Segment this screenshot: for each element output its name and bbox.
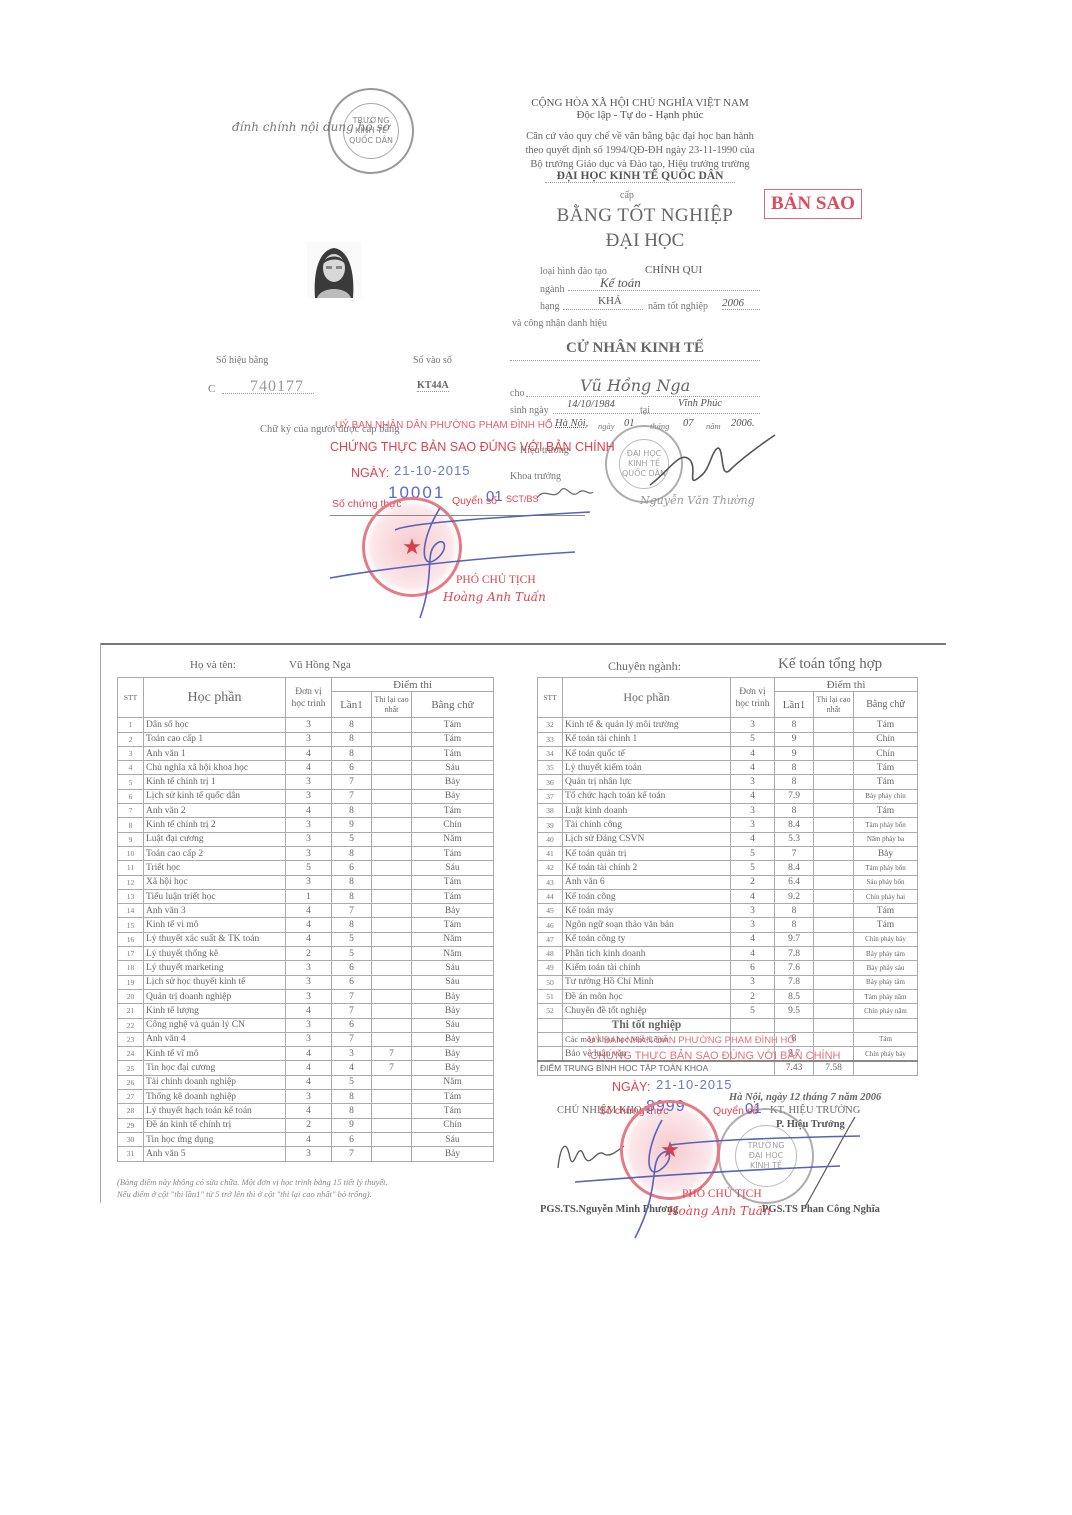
- table-row: 46Ngôn ngữ soạn thảo văn bản38Tám: [538, 918, 918, 932]
- row-first-score: 8: [332, 846, 372, 860]
- row-stt: 15: [118, 918, 144, 932]
- row-stt: 31: [118, 1147, 144, 1161]
- row-score-words: Bảy: [412, 904, 494, 918]
- row-stt: 36: [538, 775, 563, 789]
- row-credits: 4: [731, 889, 775, 903]
- row-stt: 20: [118, 989, 144, 1003]
- row-retake-score: [372, 975, 412, 989]
- dob-label: sinh ngày: [510, 405, 549, 416]
- row-subject: Chủ nghĩa xã hội khoa học: [144, 761, 286, 775]
- row-first-score: 5: [332, 947, 372, 961]
- table-row: 1Dân số học38Tám: [118, 718, 494, 732]
- row-score-words: Tám: [412, 875, 494, 889]
- row-retake-score: [372, 789, 412, 803]
- row-credits: 3: [286, 1147, 332, 1161]
- cert-statement: CHỨNG THỰC BẢN SAO ĐÚNG VỚI BẢN CHÍNH: [330, 440, 615, 454]
- row-subject: Anh văn 3: [144, 904, 286, 918]
- basis-line: theo quyết định số 1994/QĐ-ĐH ngày 23-11…: [510, 144, 770, 158]
- page-left-edge: [100, 643, 101, 1203]
- row-retake-score: [372, 1090, 412, 1104]
- row-retake-score: [372, 918, 412, 932]
- row-credits: 3: [731, 975, 775, 989]
- row-stt: 34: [538, 746, 563, 760]
- row-score-words: Tám: [412, 889, 494, 903]
- row-first-score: 9: [332, 1118, 372, 1132]
- row-stt: 46: [538, 918, 563, 932]
- row-retake-score: [814, 761, 854, 775]
- registry-label: Số vào sổ: [413, 355, 452, 366]
- row-credits: 3: [286, 989, 332, 1003]
- row-credits: 3: [286, 832, 332, 846]
- col-subject: Học phần: [563, 678, 731, 718]
- row-stt: 9: [118, 832, 144, 846]
- row-subject: Kinh tế vi mô: [144, 918, 286, 932]
- row-stt: 38: [538, 804, 563, 818]
- row-credits: 4: [286, 1104, 332, 1118]
- row-credits: 3: [286, 975, 332, 989]
- row-credits: 3: [731, 904, 775, 918]
- col-stt: STT: [538, 678, 563, 718]
- row-retake-score: [372, 889, 412, 903]
- col-first: Lần1: [775, 692, 814, 718]
- row-credits: 3: [286, 775, 332, 789]
- university-name: ĐẠI HỌC KINH TẾ QUỐC DÂN: [545, 170, 735, 183]
- row-score-words: Bảy phảy tám: [854, 947, 918, 961]
- row-stt: 32: [538, 718, 563, 732]
- row-subject: Anh văn 1: [144, 746, 286, 760]
- cert-signer-name: Hoàng Anh Tuấn: [443, 590, 546, 604]
- rank-label: hạng: [540, 301, 559, 312]
- gpa-label: ĐIỂM TRUNG BÌNH HỌC TẬP TOÀN KHOA: [538, 1061, 775, 1075]
- row-stt: 14: [118, 904, 144, 918]
- row-subject: Kế toán quốc tế: [563, 746, 731, 760]
- row-stt: 2: [118, 732, 144, 746]
- graduation-exam-heading: Thi tốt nghiệp: [563, 1018, 731, 1032]
- table-row: 2Toán cao cấp 138Tám: [118, 732, 494, 746]
- row-first-score: 8: [332, 918, 372, 932]
- row-subject: Toán cao cấp 1: [144, 732, 286, 746]
- row-credits: 3: [286, 1032, 332, 1046]
- row-score-words: Tám: [854, 761, 918, 775]
- row-credits: 2: [286, 947, 332, 961]
- row-subject: Tư tưởng Hồ Chí Minh: [563, 975, 731, 989]
- col-scores: Điểm thi: [332, 678, 494, 692]
- row-subject: Quản trị doanh nghiệp: [144, 989, 286, 1003]
- table-row: 10Toán cao cấp 238Tám: [118, 846, 494, 860]
- row-credits: 4: [731, 789, 775, 803]
- row-stt: 52: [538, 1004, 563, 1018]
- row-retake-score: [372, 904, 412, 918]
- rank-value: KHÁ: [598, 295, 622, 307]
- table-row: 34Kế toán quốc tế49Chín: [538, 746, 918, 760]
- row-credits: 3: [286, 875, 332, 889]
- row-retake-score: [814, 789, 854, 803]
- row-retake-score: [372, 718, 412, 732]
- birthplace-value: Vĩnh Phúc: [678, 398, 722, 409]
- row-score-words: Sáu: [412, 761, 494, 775]
- table-row: 30Tin học ứng dụng46Sáu: [118, 1132, 494, 1146]
- row-retake-score: [372, 875, 412, 889]
- row-credits: 3: [286, 789, 332, 803]
- row-stt: 47: [538, 932, 563, 946]
- row-score-words: Bảy phảy chín: [854, 789, 918, 803]
- row-stt: 25: [118, 1061, 144, 1075]
- row-score-words: Sáu: [412, 1132, 494, 1146]
- cert-date: 21-10-2015: [656, 1077, 733, 1092]
- row-first-score: 7: [332, 989, 372, 1003]
- row-score-words: Năm: [412, 947, 494, 961]
- gpa-first: 7.43: [775, 1061, 814, 1075]
- table-row: 20Quản trị doanh nghiệp37Bảy: [118, 989, 494, 1003]
- row-credits: 2: [286, 1118, 332, 1132]
- row-credits: 4: [286, 761, 332, 775]
- diploma-subtitle: ĐẠI HỌC: [545, 230, 745, 252]
- row-retake-score: [814, 947, 854, 961]
- table-row: 23Anh văn 437Bảy: [118, 1032, 494, 1046]
- dean-label: Khoa trưởng: [510, 471, 561, 482]
- row-first-score: 7.9: [775, 789, 814, 803]
- row-first-score: 8: [332, 889, 372, 903]
- row-retake-score: [372, 846, 412, 860]
- row-subject: Lịch sử kinh tế quốc dân: [144, 789, 286, 803]
- row-retake-score: [814, 718, 854, 732]
- row-score-words: Tám: [854, 904, 918, 918]
- row-subject: Kế toán quản trị: [563, 846, 731, 860]
- row-first-score: 7: [332, 1032, 372, 1046]
- exam-words: Tám: [854, 1032, 918, 1046]
- row-subject: Lịch sử học thuyết kinh tế: [144, 975, 286, 989]
- name-label: Họ và tên:: [190, 659, 236, 671]
- row-subject: Tài chính công: [563, 818, 731, 832]
- row-credits: 1: [286, 889, 332, 903]
- row-subject: Quản trị nhân lực: [563, 775, 731, 789]
- row-subject: Tài chính doanh nghiệp: [144, 1075, 286, 1089]
- row-score-words: Tám: [854, 804, 918, 818]
- table-row: 42Kế toán tài chính 258.4Tám phảy bốn: [538, 861, 918, 875]
- row-score-words: Năm: [412, 932, 494, 946]
- row-subject: Lý thuyết marketing: [144, 961, 286, 975]
- row-stt: 39: [538, 818, 563, 832]
- stamp-line: QUỐC DÂN: [349, 136, 393, 146]
- row-stt: 40: [538, 832, 563, 846]
- row-credits: 3: [286, 818, 332, 832]
- row-first-score: 8: [332, 1104, 372, 1118]
- table-row: 3Anh văn 148Tám: [118, 746, 494, 760]
- serial-value: 740177: [250, 378, 304, 396]
- row-retake-score: [814, 918, 854, 932]
- row-subject: Ngôn ngữ soạn thảo văn bản: [563, 918, 731, 932]
- row-first-score: 7.8: [775, 975, 814, 989]
- row-first-score: 5: [332, 932, 372, 946]
- row-subject: Tin học đại cương: [144, 1061, 286, 1075]
- row-first-score: 6: [332, 961, 372, 975]
- row-credits: 3: [286, 846, 332, 860]
- row-score-words: Tám phảy bốn: [854, 861, 918, 875]
- row-first-score: 8: [332, 732, 372, 746]
- copy-badge: BẢN SAO: [764, 189, 862, 219]
- row-score-words: Bảy: [854, 846, 918, 860]
- row-subject: Xã hội học: [144, 875, 286, 889]
- row-score-words: Bảy: [412, 775, 494, 789]
- row-subject: Luật kinh doanh: [563, 804, 731, 818]
- row-credits: 4: [286, 904, 332, 918]
- row-score-words: Chín: [412, 818, 494, 832]
- row-subject: Triết học: [144, 861, 286, 875]
- cert-date: 21-10-2015: [394, 463, 471, 478]
- col-words: Bằng chữ: [412, 692, 494, 718]
- table-row: 25Tin học đại cương447Bảy: [118, 1061, 494, 1075]
- row-stt: 12: [118, 875, 144, 889]
- row-retake-score: [372, 804, 412, 818]
- row-score-words: Sáu phảy bốn: [854, 875, 918, 889]
- table-row: 43Anh văn 626.4Sáu phảy bốn: [538, 875, 918, 889]
- row-credits: 4: [286, 932, 332, 946]
- row-stt: 28: [118, 1104, 144, 1118]
- row-retake-score: [372, 1118, 412, 1132]
- row-credits: 2: [731, 989, 775, 1003]
- row-first-score: 7: [332, 1004, 372, 1018]
- row-score-words: Sáu: [412, 861, 494, 875]
- row-stt: 17: [118, 947, 144, 961]
- row-score-words: Chín: [412, 1118, 494, 1132]
- row-retake-score: [814, 1004, 854, 1018]
- row-retake-score: [372, 746, 412, 760]
- table-row: 12Xã hội học38Tám: [118, 875, 494, 889]
- table-row: 40Lịch sử Đảng CSVN45.3Năm phảy ba: [538, 832, 918, 846]
- row-subject: Kinh tế chính trị 2: [144, 818, 286, 832]
- row-subject: Kinh tế vĩ mô: [144, 1047, 286, 1061]
- row-retake-score: [814, 904, 854, 918]
- training-type-value: CHÍNH QUI: [645, 264, 702, 276]
- table-row: 14Anh văn 347Bảy: [118, 904, 494, 918]
- table-row: 49Kiểm toán tài chính67.6Bảy phảy sáu: [538, 961, 918, 975]
- row-score-words: Tám: [412, 846, 494, 860]
- specialization-label: Chuyên ngành:: [608, 659, 681, 674]
- vice-chair-signature-bottom: [570, 1110, 870, 1240]
- row-retake-score: [814, 889, 854, 903]
- issue-day-label: ngày: [598, 421, 615, 431]
- row-subject: Kinh tế lượng: [144, 1004, 286, 1018]
- row-retake-score: [814, 846, 854, 860]
- row-first-score: 8: [775, 904, 814, 918]
- row-first-score: 8: [775, 804, 814, 818]
- table-row: 31Anh văn 537Bảy: [118, 1147, 494, 1161]
- row-score-words: Năm: [412, 1075, 494, 1089]
- row-credits: 3: [286, 1018, 332, 1032]
- gpa-row: ĐIỂM TRUNG BÌNH HỌC TẬP TOÀN KHOA 7.43 7…: [538, 1061, 918, 1075]
- row-credits: 3: [286, 961, 332, 975]
- row-first-score: 7: [332, 775, 372, 789]
- row-subject: Toán cao cấp 2: [144, 846, 286, 860]
- row-score-words: Tám: [412, 746, 494, 760]
- row-first-score: 6: [332, 861, 372, 875]
- table-row: 8Kinh tế chính trị 239Chín: [118, 818, 494, 832]
- table-row: 17Lý thuyết thống kê25Năm: [118, 947, 494, 961]
- basis-line: Căn cứ vào quy chế về văn bằng bậc đại h…: [510, 130, 770, 144]
- table-row: 21Kinh tế lượng47Bảy: [118, 1004, 494, 1018]
- row-first-score: 5.3: [775, 832, 814, 846]
- row-subject: Kế toán công: [563, 889, 731, 903]
- row-subject: Đề án kinh tế chính trị: [144, 1118, 286, 1132]
- degree-title: CỬ NHÂN KINH TẾ: [510, 340, 760, 361]
- row-stt: 1: [118, 718, 144, 732]
- table-row: 48Phân tích kinh doanh47.8Bảy phảy tám: [538, 947, 918, 961]
- row-retake-score: [372, 1018, 412, 1032]
- row-score-words: Chín phảy hai: [854, 889, 918, 903]
- row-retake-score: [814, 746, 854, 760]
- table-row: 38Luật kinh doanh38Tám: [538, 804, 918, 818]
- row-stt: 23: [118, 1032, 144, 1046]
- row-first-score: 8: [332, 1090, 372, 1104]
- row-stt: 26: [118, 1075, 144, 1089]
- row-stt: 16: [118, 932, 144, 946]
- table-row: 5Kinh tế chính trị 137Bảy: [118, 775, 494, 789]
- row-credits: 4: [731, 832, 775, 846]
- row-retake-score: [814, 975, 854, 989]
- row-subject: Tin học ứng dụng: [144, 1132, 286, 1146]
- transcript-table-right: STT Học phần Đơn vị học trình Điểm thi L…: [537, 677, 918, 1076]
- row-subject: Kiểm toán tài chính: [563, 961, 731, 975]
- row-subject: Thống kê doanh nghiệp: [144, 1090, 286, 1104]
- row-first-score: 8: [332, 804, 372, 818]
- row-stt: 8: [118, 818, 144, 832]
- student-name: Vũ Hồng Nga: [289, 659, 351, 671]
- row-first-score: 6: [332, 975, 372, 989]
- row-score-words: Năm: [412, 832, 494, 846]
- row-first-score: 7.6: [775, 961, 814, 975]
- row-credits: 4: [286, 804, 332, 818]
- row-retake-score: [372, 961, 412, 975]
- grant-label: cấp: [620, 190, 634, 201]
- row-first-score: 9.5: [775, 1004, 814, 1018]
- row-score-words: Tám: [854, 918, 918, 932]
- registry-value: KT44A: [417, 380, 449, 392]
- row-subject: Kế toán tài chính 1: [563, 732, 731, 746]
- table-row: 4Chủ nghĩa xã hội khoa học46Sáu: [118, 761, 494, 775]
- row-score-words: Tám: [412, 918, 494, 932]
- row-stt: 21: [118, 1004, 144, 1018]
- cert-signer-title: PHÓ CHỦ TỊCH: [682, 1188, 762, 1200]
- row-credits: 4: [731, 746, 775, 760]
- row-stt: 30: [118, 1132, 144, 1146]
- transcript-table-left: STT Học phần Đơn vị học trình Điểm thi L…: [117, 677, 494, 1162]
- dob-value: 14/10/1984: [567, 399, 615, 410]
- recipient-label: cho: [510, 388, 524, 399]
- row-first-score: 9.2: [775, 889, 814, 903]
- rector-name: Nguyễn Văn Thường: [640, 494, 755, 507]
- col-subject: Học phần: [144, 678, 286, 718]
- cert-authority: UỶ BAN NHÂN DÂN PHƯỜNG PHẠM ĐÌNH HỔ: [588, 1035, 795, 1046]
- row-first-score: 4: [332, 1061, 372, 1075]
- row-first-score: 8.5: [775, 989, 814, 1003]
- table-row: 7Anh văn 248Tám: [118, 804, 494, 818]
- row-subject: Kế toán tài chính 2: [563, 861, 731, 875]
- issue-month: 07: [683, 418, 694, 429]
- row-credits: 3: [731, 775, 775, 789]
- col-first: Lần1: [332, 692, 372, 718]
- row-score-words: Năm phảy ba: [854, 832, 918, 846]
- row-credits: 2: [731, 875, 775, 889]
- exam-words: Chín phảy bảy: [854, 1047, 918, 1061]
- row-first-score: 6: [332, 761, 372, 775]
- major-value: Kế toán: [600, 275, 641, 291]
- row-retake-score: [372, 832, 412, 846]
- row-stt: 33: [538, 732, 563, 746]
- row-subject: Lý thuyết kiểm toán: [563, 761, 731, 775]
- row-score-words: Tám: [412, 1104, 494, 1118]
- grad-year-label: năm tốt nghiệp: [648, 301, 708, 312]
- row-subject: Tổ chức hạch toán kế toán: [563, 789, 731, 803]
- row-first-score: 8: [775, 775, 814, 789]
- row-first-score: 7: [332, 789, 372, 803]
- table-row: 13Tiểu luận triết học18Tám: [118, 889, 494, 903]
- row-score-words: Tám: [412, 732, 494, 746]
- row-credits: 4: [286, 1132, 332, 1146]
- row-credits: 4: [286, 918, 332, 932]
- row-credits: 6: [731, 961, 775, 975]
- row-score-words: Bảy phảy tám: [854, 975, 918, 989]
- row-retake-score: [814, 832, 854, 846]
- table-row: 45Kế toán máy38Tám: [538, 904, 918, 918]
- row-score-words: Tám: [412, 718, 494, 732]
- row-first-score: 8: [332, 875, 372, 889]
- footnote-line: (Bảng điểm này không có sửa chữa. Một đơ…: [117, 1176, 388, 1188]
- row-credits: 3: [286, 718, 332, 732]
- row-score-words: Chín phảy bảy: [854, 932, 918, 946]
- recipient-line: [526, 396, 760, 397]
- col-credits: Đơn vị học trình: [731, 678, 775, 718]
- row-stt: 5: [118, 775, 144, 789]
- row-score-words: Bảy: [412, 789, 494, 803]
- row-retake-score: [814, 861, 854, 875]
- table-row: 11Triết học56Sáu: [118, 861, 494, 875]
- rank-line: [563, 309, 643, 310]
- row-credits: 5: [731, 861, 775, 875]
- row-credits: 3: [731, 818, 775, 832]
- row-retake-score: [372, 947, 412, 961]
- row-retake-score: 7: [372, 1047, 412, 1061]
- row-stt: 35: [538, 761, 563, 775]
- row-first-score: 8: [775, 918, 814, 932]
- row-first-score: 8: [332, 746, 372, 760]
- row-score-words: Chín: [854, 732, 918, 746]
- row-stt: 27: [118, 1090, 144, 1104]
- row-score-words: Bảy: [412, 989, 494, 1003]
- major-line: [568, 290, 760, 291]
- row-credits: 4: [731, 947, 775, 961]
- row-stt: 13: [118, 889, 144, 903]
- row-stt: 45: [538, 904, 563, 918]
- row-first-score: 8.4: [775, 861, 814, 875]
- row-stt: 29: [118, 1118, 144, 1132]
- row-score-words: Tám phảy bốn: [854, 818, 918, 832]
- row-subject: Kế toán công ty: [563, 932, 731, 946]
- cert-date-label: NGÀY:: [351, 466, 389, 480]
- major-label: ngành: [540, 284, 564, 295]
- row-credits: 4: [731, 932, 775, 946]
- row-first-score: 6.4: [775, 875, 814, 889]
- row-retake-score: 7: [372, 1061, 412, 1075]
- correction-note: đính chính nội dung hồ sơ: [232, 120, 390, 134]
- row-subject: Phân tích kinh doanh: [563, 947, 731, 961]
- table-row: 15Kinh tế vi mô48Tám: [118, 918, 494, 932]
- row-first-score: 9: [775, 746, 814, 760]
- table-row: 41Kế toán quản trị57Bảy: [538, 846, 918, 860]
- row-stt: 48: [538, 947, 563, 961]
- row-retake-score: [814, 732, 854, 746]
- dob-line: [553, 413, 760, 414]
- row-first-score: 8: [775, 718, 814, 732]
